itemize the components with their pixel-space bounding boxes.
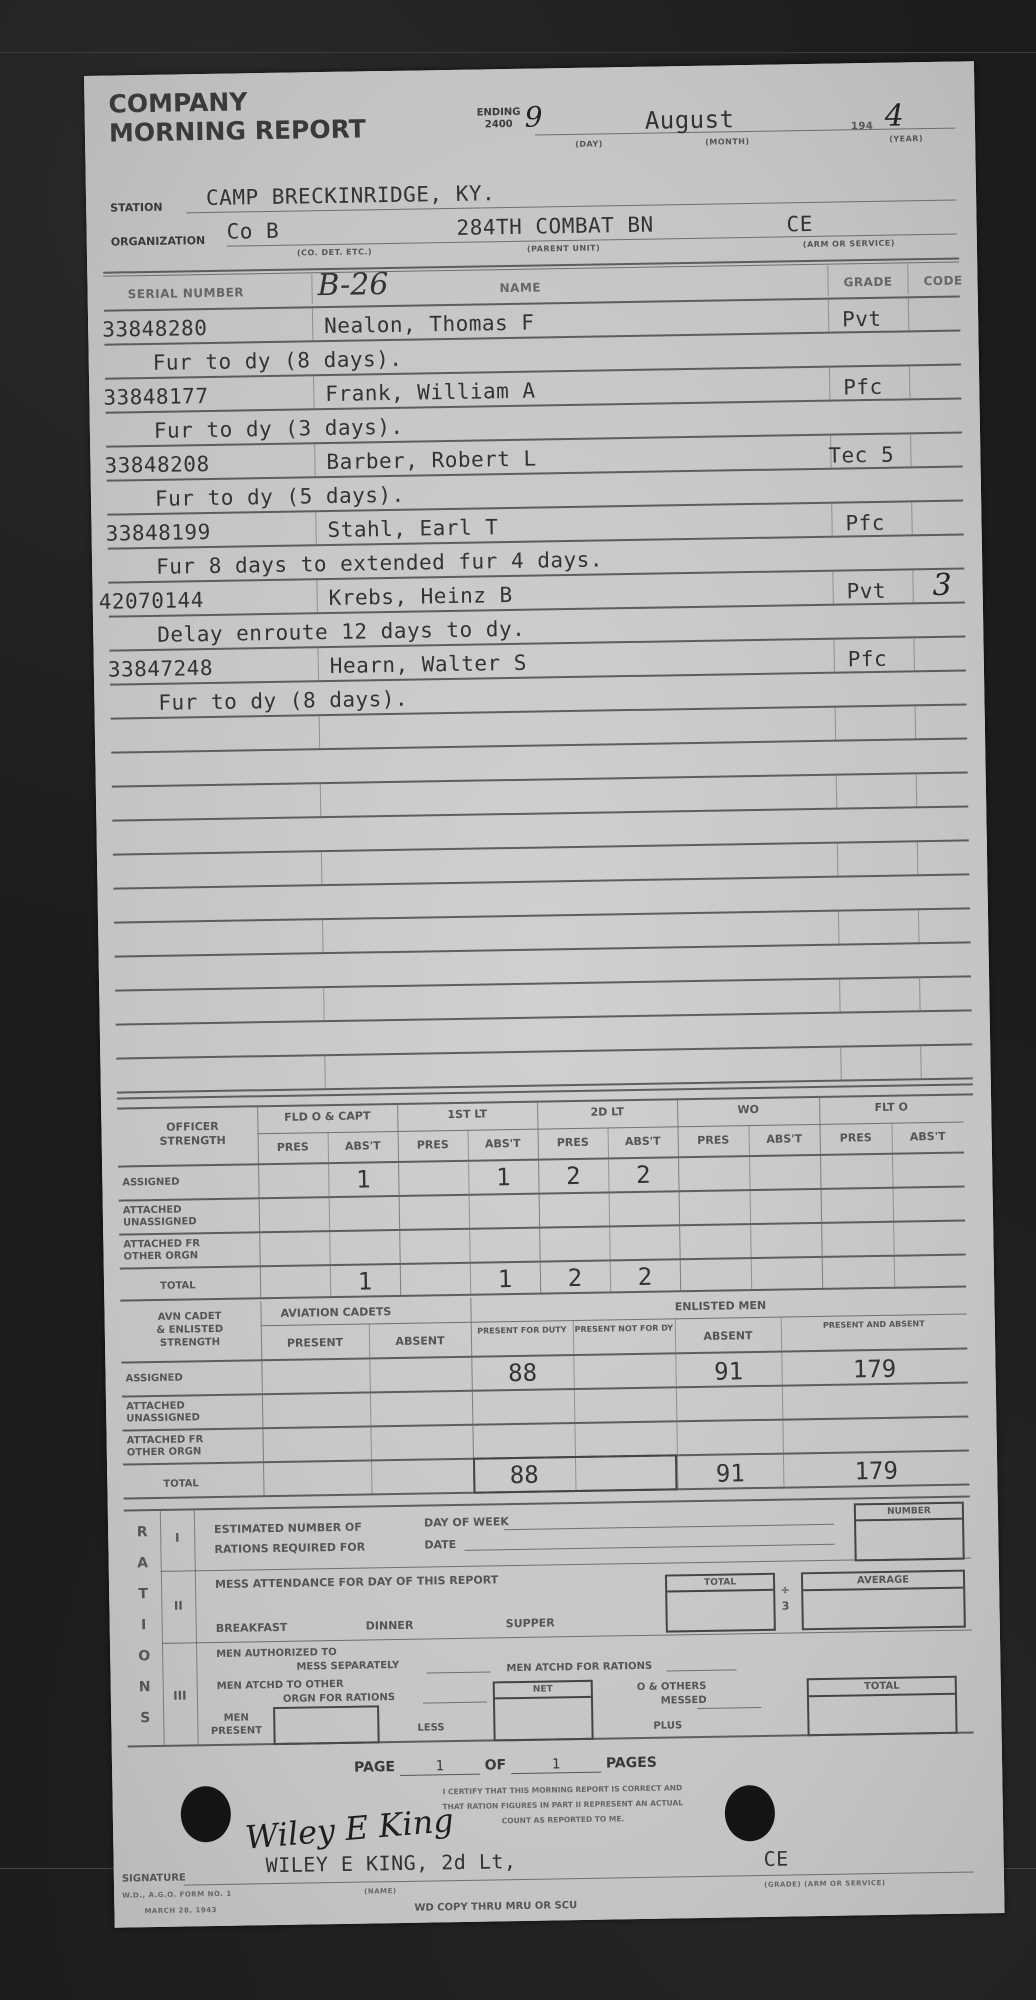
serial-number: 42070144 [99,588,205,614]
grade: Pfc [845,511,885,536]
officer-cell: 2 [608,1160,678,1189]
section-ii-number: II [161,1598,195,1613]
row-total: TOTAL [163,1478,199,1490]
sub-present-and-absent: PRESENT AND ABSENT [781,1318,967,1333]
officer-cell: 2 [610,1262,680,1291]
remark: Fur to dy (8 days). [153,347,403,375]
enlisted-cell: 179 [781,1354,967,1385]
page-number: 1 [400,1758,480,1776]
remark: Delay enroute 12 days to dy. [157,617,525,647]
row-attached-other: ATTACHED FR OTHER ORGN [123,1238,233,1264]
grade-header: GRADE [843,275,892,290]
supper-label: SUPPER [506,1616,555,1630]
soldier-name: Nealon, Thomas F [324,311,535,338]
group-1st-lt: 1ST LT [397,1107,537,1122]
sub-absent: ABSENT [369,1334,471,1349]
sub-abst: ABS'T [749,1132,820,1146]
soldier-name: Frank, William A [325,379,536,406]
rations-side-label: R A T I O N S [124,1517,164,1735]
side-letter: S [127,1703,164,1735]
ending-label: ENDING 2400 [477,107,521,132]
total-label: TOTAL [667,1575,773,1593]
officer-cell: 1 [468,1163,538,1192]
mp-l1: MEN [201,1711,271,1725]
signature-label: SIGNATURE [122,1873,186,1885]
officer-cell: 1 [328,1165,398,1194]
sub-abst: ABS'T [892,1130,964,1144]
officer-cell: 2 [538,1161,608,1190]
section-iii-number: III [163,1688,197,1703]
name-caption: (NAME) [364,1887,397,1896]
enlisted-men-header: ENLISTED MEN [480,1296,960,1317]
group-flt-o: FLT O [819,1100,963,1115]
side-letter: A [124,1548,161,1580]
number-label: NUMBER [856,1504,962,1522]
remark: Fur to dy (5 days). [155,483,405,511]
sub-pres: PRES [820,1131,892,1145]
form-title: COMPANY MORNING REPORT [108,85,366,147]
arm-value: CE [786,212,813,236]
dinner-label: DINNER [366,1619,414,1633]
sub-abst: ABS'T [328,1139,398,1153]
net-box[interactable]: NET [493,1680,594,1742]
grade: Pvt [842,307,882,332]
day-value: 9 [524,100,542,133]
record-entry: 33848177 Frank, William A Pfc Fur to dy … [84,61,974,76]
sub-abst: ABS'T [468,1137,538,1151]
punch-hole-left [180,1786,231,1843]
page-total: 1 [511,1756,601,1774]
less-label: LESS [417,1722,444,1733]
officer-cell: 1 [470,1265,540,1294]
est-l1: ESTIMATED NUMBER OF [214,1518,365,1540]
ending-text: ENDING [477,107,521,120]
rations-section: R A T I O N S I ESTIMATED NUMBER OF RATI… [124,1495,984,1745]
group-fld-o-capt: FLD O & CAPT [257,1109,397,1124]
punch-hole-right [724,1785,775,1842]
form-number: W.D., A.G.O. FORM NO. 1 [122,1890,232,1900]
others-messed-label: O & OTHERS MESSED [637,1680,707,1709]
routing-note: WD COPY THRU MRU OR SCU [414,1900,577,1914]
enlisted-cell: 91 [677,1459,783,1489]
enlisted-cell: 91 [675,1357,781,1387]
grade: Pvt [846,579,886,604]
station-label: STATION [110,201,163,215]
signer-name: WILEY E KING, 2d Lt, [265,1849,516,1877]
grade-caption: (GRADE) (ARM OR SERVICE) [764,1879,886,1889]
sub-present: PRESENT [261,1335,369,1350]
serial-number: 33848280 [102,316,208,342]
code-header: CODE [923,273,962,288]
record-entry: 33848208 Barber, Robert L Tec 5 Fur to d… [84,61,974,76]
organization-label: ORGANIZATION [111,234,206,249]
grade: Tec 5 [828,443,894,468]
row-total: TOTAL [160,1280,196,1292]
soldier-name: Barber, Robert L [326,447,537,474]
aviation-cadets-header: AVIATION CADETS [280,1305,391,1320]
month-caption: (MONTH) [705,137,750,147]
code: 3 [932,568,952,603]
serial-number: 33847248 [108,656,214,682]
title-line-2: MORNING REPORT [109,114,366,147]
row-assigned: ASSIGNED [122,1177,179,1189]
page-label: PAGE [354,1759,395,1776]
row-assigned: ASSIGNED [126,1373,183,1385]
number-box[interactable]: NUMBER [854,1502,965,1562]
morning-report-form: COMPANY MORNING REPORT ENDING 2400 9 Aug… [84,61,1005,1928]
estimated-rations-label: ESTIMATED NUMBER OF RATIONS REQUIRED FOR [214,1518,365,1560]
enlisted-cell: 88 [471,1358,573,1388]
grade: Pfc [843,375,883,400]
handwritten-signature: Wiley E King [244,1801,455,1857]
sub-absent-em: ABSENT [675,1329,781,1344]
sub-pres: PRES [398,1138,468,1152]
section-i-number: I [160,1530,194,1545]
enlisted-cell: 88 [473,1460,575,1490]
signer-arm: CE [763,1847,788,1871]
year-caption: (YEAR) [889,134,923,144]
remark: Fur to dy (8 days). [158,687,408,715]
net-label: NET [495,1682,591,1700]
serial-number: 33848208 [104,452,210,478]
record-entry: 33847248 Hearn, Walter S Pfc Fur to dy (… [84,61,974,76]
station-value: CAMP BRECKINRIDGE, KY. [206,181,496,210]
group-2d-lt: 2D LT [537,1104,677,1119]
serial-number: 33848199 [105,520,211,546]
men-present-box[interactable] [273,1705,380,1745]
of-label: OF [485,1757,507,1773]
sub-abst: ABS'T [608,1134,678,1148]
title-l3: STRENGTH [125,1335,255,1350]
pages-label: PAGES [606,1755,657,1772]
remark: Fur to dy (3 days). [154,415,404,443]
enlisted-strength-table: AVN CADET & ENLISTED STRENGTH AVIATION C… [120,1289,979,1503]
side-letter: N [126,1672,163,1704]
sub-pres: PRES [258,1140,328,1154]
enlisted-strength-title: AVN CADET & ENLISTED STRENGTH [124,1309,255,1350]
total-rations-box[interactable]: TOTAL [807,1676,958,1736]
grade: Pfc [848,647,888,672]
others-l1: O & OTHERS [637,1680,707,1695]
side-letter: O [126,1641,163,1673]
sub-pres: PRES [678,1133,749,1147]
day-caption: (DAY) [575,139,603,148]
men-authorized-label: MEN AUTHORIZED TO MESS SEPARATELY [216,1645,399,1676]
year-prefix: 194 [851,121,874,132]
handwritten-note: B-26 [317,267,388,303]
year-digit: 4 [884,98,904,133]
group-wo: WO [677,1102,819,1117]
average-box[interactable]: AVERAGE [801,1570,966,1631]
row-attached-unassigned: ATTACHED UNASSIGNED [126,1400,236,1426]
row-attached-unassigned: ATTACHED UNASSIGNED [123,1204,233,1230]
ending-time: 2400 [477,119,521,132]
row-attached-other: ATTACHED FR OTHER ORGN [127,1434,237,1460]
parent-caption: (PARENT UNIT) [527,243,600,253]
date-label: DATE [424,1538,456,1552]
breakfast-label: BREAKFAST [216,1621,288,1635]
serial-header: SERIAL NUMBER [128,285,245,301]
total3-label: TOTAL [809,1678,955,1697]
company-value: Co B [226,219,279,244]
parent-unit-value: 284TH COMBAT BN [456,213,654,240]
men-atchd-other-label: MEN ATCHD TO OTHER ORGN FOR RATIONS [217,1677,396,1708]
soldier-name: Hearn, Walter S [330,651,528,678]
sub-present-for-duty: PRESENT FOR DUTY [471,1324,573,1338]
divide-by-three: ÷ 3 [775,1582,796,1614]
arm-caption: (ARM OR SERVICE) [803,239,895,250]
record-entry: 33848280 Nealon, Thomas F Pvt Fur to dy … [84,61,974,76]
men-present-label: MEN PRESENT [201,1711,271,1738]
title-line-1: COMPANY [108,85,365,118]
soldier-name: Stahl, Earl T [327,515,498,542]
others-l2: MESSED [637,1694,707,1709]
side-letter: R [124,1517,161,1549]
record-entry: 33848199 Stahl, Earl T Pfc Fur 8 days to… [84,61,974,76]
sub-present-not-for-dy: PRESENT NOT FOR DY [573,1322,675,1336]
title-l2: STRENGTH [128,1133,258,1149]
soldier-name: Krebs, Heinz B [328,583,512,610]
serial-number: 33848177 [103,384,209,410]
side-letter: T [125,1579,162,1611]
men-atchd-rations-label: MEN ATCHD FOR RATIONS [506,1661,652,1674]
officer-strength-table: OFFICER STRENGTH FLD O & CAPT 1ST LT 2D … [117,1093,976,1297]
company-caption: (CO. DET. ETC.) [297,247,372,257]
day-of-week-label: DAY OF WEEK [424,1515,509,1529]
officer-cell: 1 [330,1267,400,1296]
page-indicator: PAGE 1 OF 1 PAGES [354,1755,657,1777]
est-l2: RATIONS REQUIRED FOR [214,1538,365,1560]
form-date: MARCH 28, 1943 [144,1906,217,1915]
sub-pres: PRES [538,1135,608,1149]
record-entry: 42070144 Krebs, Heinz B Pvt 3 Delay enro… [84,61,974,76]
mp-l2: PRESENT [201,1724,271,1738]
plus-label: PLUS [653,1720,682,1731]
month-value: August [645,105,735,134]
name-header: NAME [499,280,541,295]
average-label: AVERAGE [803,1572,963,1592]
officer-cell: 2 [540,1263,610,1292]
officer-strength-title: OFFICER STRENGTH [127,1119,257,1149]
total-box[interactable]: TOTAL [665,1573,776,1633]
side-letter: I [125,1610,162,1642]
enlisted-cell: 179 [783,1456,969,1487]
mess-attendance-label: MESS ATTENDANCE FOR DAY OF THIS REPORT [215,1573,498,1591]
